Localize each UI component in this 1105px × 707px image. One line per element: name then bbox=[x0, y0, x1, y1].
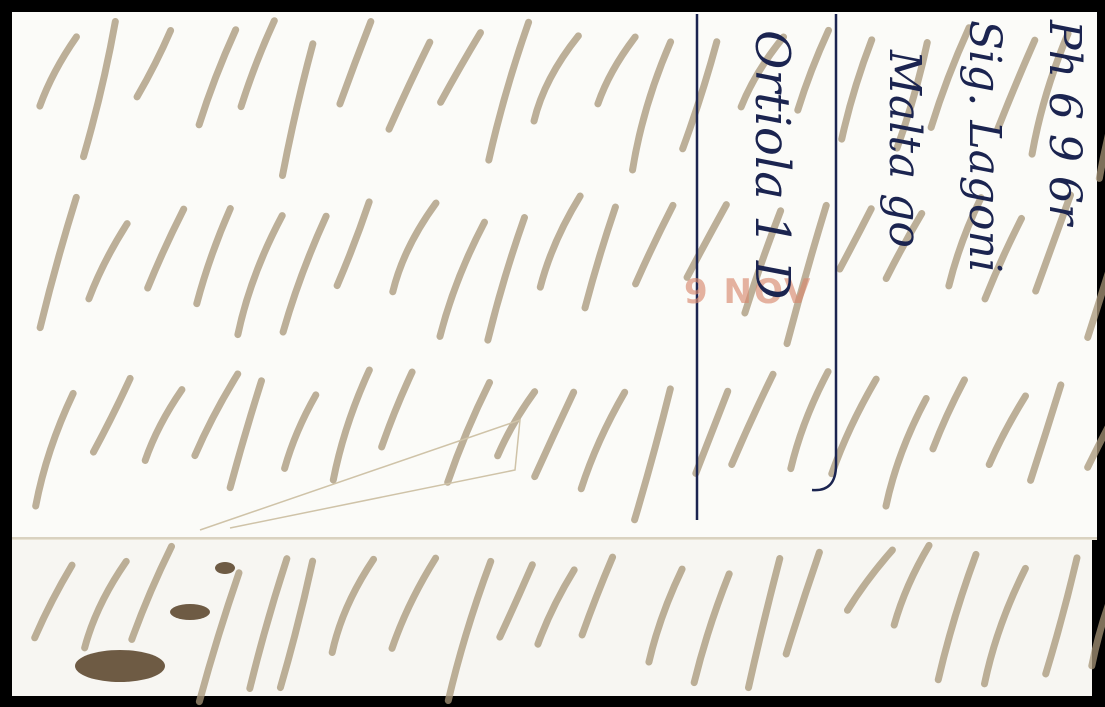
bleed-through-script bbox=[0, 0, 1105, 707]
address-line-2: Sig. Lagoni bbox=[959, 20, 1010, 273]
address-line-1: Ph 6 9 6r bbox=[1039, 20, 1090, 225]
address-line-3: Malta go bbox=[879, 50, 930, 248]
address-line-4: Ortiola 1 D bbox=[744, 30, 800, 299]
